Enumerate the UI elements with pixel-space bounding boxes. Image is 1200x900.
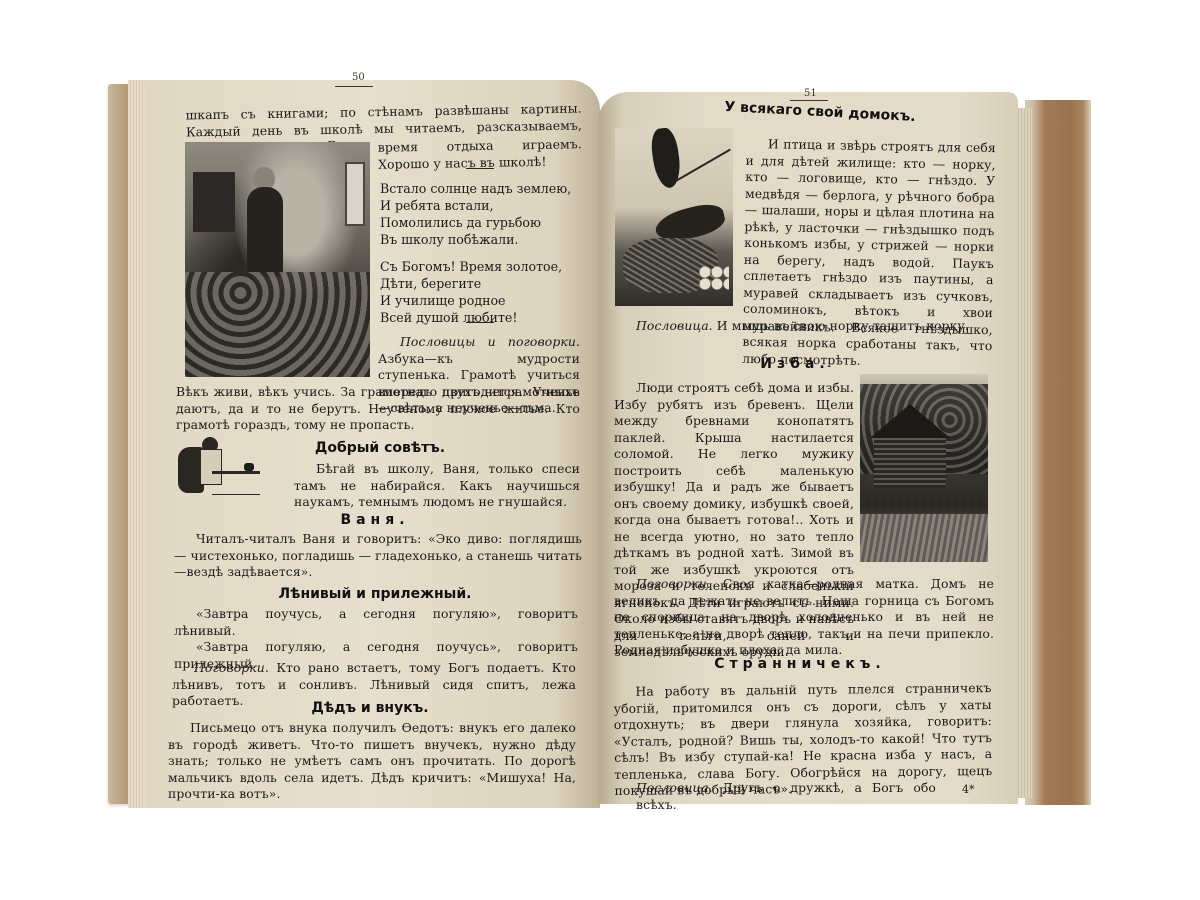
left-page-number: 50 xyxy=(352,72,365,83)
right-page-number: 51 xyxy=(804,88,817,99)
log-house xyxy=(874,438,946,488)
sheet-signature: 4* xyxy=(962,783,975,796)
section-title-dobryi-sovet: Добрый совѣтъ. xyxy=(290,440,470,456)
section-title-strannichek: Странничекъ. xyxy=(700,656,900,672)
page-number-rule xyxy=(790,100,828,101)
section-divider xyxy=(466,168,494,169)
ground xyxy=(860,514,988,562)
section-title-ded-i-vnuk: Дѣдъ и внукъ. xyxy=(260,700,480,716)
desk xyxy=(212,471,260,495)
section-title-izba: Изба. xyxy=(740,356,850,372)
open-book-photo: 50 шкапъ съ книгами; по стѣнамъ развѣшан… xyxy=(0,0,1200,900)
pogovorki-paragraph-right: Поговорки. Своя хатка—родная матка. Домъ… xyxy=(614,576,994,659)
inkwell xyxy=(244,463,254,471)
birds-nest-illustration xyxy=(615,128,733,306)
house-roof xyxy=(870,404,950,438)
section-title-vanya: Ваня. xyxy=(300,512,450,528)
section-title-lenivyi: Лѣнивый и прилежный. xyxy=(260,586,490,602)
page-number-rule xyxy=(335,86,373,87)
section-body-u-vsyakago: И птица и звѣрь строятъ для себя и для д… xyxy=(742,136,996,371)
section-divider xyxy=(466,322,494,323)
window xyxy=(345,162,365,226)
book-cover-right-edge xyxy=(1025,100,1091,805)
school-poem: Встало солнце надъ землею, И ребята вста… xyxy=(380,180,571,326)
section-body-vanya: Читалъ-читалъ Ваня и говоритъ: «Эко диво… xyxy=(174,531,582,581)
flowers xyxy=(699,266,729,290)
proverbs-full-paragraph: Вѣкъ живи, вѣкъ учись. За грамотнаго дву… xyxy=(176,384,580,434)
blackboard xyxy=(193,172,235,232)
section-body-dobryi-sovet: Бѣгай въ школу, Ваня, только спеси тамъ … xyxy=(294,461,580,511)
izba-house-illustration xyxy=(860,374,988,562)
fence xyxy=(860,492,988,512)
section-body-ded-i-vnuk: Письмецо отъ внука получилъ Өедотъ: внук… xyxy=(168,720,576,803)
proverb-mysh: Пословица. И мышь въ свою норку тащитъ к… xyxy=(636,318,1006,335)
boy-writing-illustration xyxy=(178,437,260,497)
school-classroom-illustration xyxy=(185,142,370,377)
pupils-group xyxy=(185,272,370,377)
teacher-figure xyxy=(247,187,283,277)
proverb-drug: Пословица. Другъ о дружкѣ, а Богъ обо вс… xyxy=(636,780,936,813)
